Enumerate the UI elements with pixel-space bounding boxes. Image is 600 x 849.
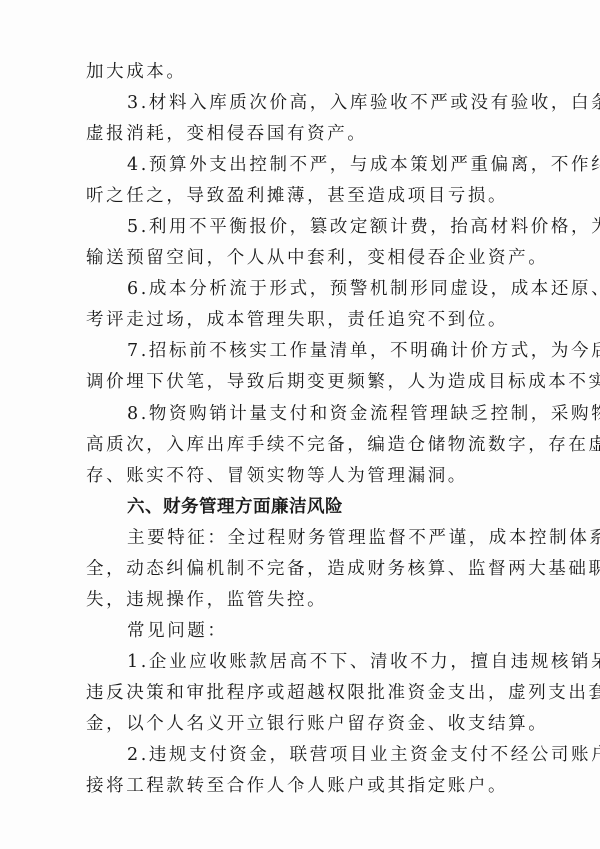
section-heading: 六、财务管理方面廉洁风险 bbox=[86, 492, 522, 523]
text-line: 加大成本。 bbox=[86, 57, 522, 88]
problem-1-line-2: 违反决策和审批程序或超越权限批准资金支出，虚列支出套取资 bbox=[86, 678, 522, 709]
list-item-6-line-2: 考评走过场，成本管理失职，责任追究不到位。 bbox=[86, 305, 522, 336]
list-item-7-line-2: 调价埋下伏笔，导致后期变更频繁，人为造成目标成本不实。 bbox=[86, 367, 522, 398]
list-item-6-line-1: 6.成本分析流于形式，预警机制形同虚设，成本还原、考核、 bbox=[86, 274, 522, 305]
list-item-3-line-1: 3.材料入库质次价高，入库验收不严或没有验收，白条抵库， bbox=[86, 88, 522, 119]
list-item-8-line-2: 高质次，入库出库手续不完备，编造仓储物流数字，存在虚构库 bbox=[86, 430, 522, 461]
common-problems-label: 常见问题： bbox=[86, 616, 522, 647]
list-item-7-line-1: 7.招标前不核实工作量清单，不明确计价方式，为今后变更 bbox=[86, 336, 522, 367]
main-features-line-2: 全，动态纠偏机制不完备，造成财务核算、监督两大基础职能丧 bbox=[86, 554, 522, 585]
problem-1-line-1: 1.企业应收账款居高不下、清收不力，擅自违规核销呆坏账。 bbox=[86, 647, 522, 678]
body-text: 加大成本。 3.材料入库质次价高，入库验收不严或没有验收，白条抵库， 虚报消耗，… bbox=[86, 57, 522, 802]
main-features-line-1: 主要特征：全过程财务管理监督不严谨，成本控制体系不健 bbox=[86, 523, 522, 554]
document-page: 加大成本。 3.材料入库质次价高，入库验收不严或没有验收，白条抵库， 虚报消耗，… bbox=[0, 0, 600, 849]
list-item-5-line-1: 5.利用不平衡报价，篡改定额计费，抬高材料价格，为利益 bbox=[86, 212, 522, 243]
main-features-line-3: 失，违规操作，监管失控。 bbox=[86, 585, 522, 616]
list-item-8-line-3: 存、账实不符、冒领实物等人为管理漏洞。 bbox=[86, 461, 522, 492]
problem-2-line-1: 2.违规支付资金，联营项目业主资金支付不经公司账户，直 bbox=[86, 740, 522, 771]
list-item-3-line-2: 虚报消耗，变相侵吞国有资产。 bbox=[86, 119, 522, 150]
page-number: 5 bbox=[0, 780, 600, 792]
problem-1-line-3: 金，以个人名义开立银行账户留存资金、收支结算。 bbox=[86, 709, 522, 740]
list-item-4-line-2: 听之任之，导致盈利摊薄，甚至造成项目亏损。 bbox=[86, 181, 522, 212]
list-item-5-line-2: 输送预留空间，个人从中套利，变相侵吞企业资产。 bbox=[86, 243, 522, 274]
list-item-8-line-1: 8.物资购销计量支付和资金流程管理缺乏控制，采购物资价 bbox=[86, 399, 522, 430]
list-item-4-line-1: 4.预算外支出控制不严，与成本策划严重偏离，不作纠偏， bbox=[86, 150, 522, 181]
